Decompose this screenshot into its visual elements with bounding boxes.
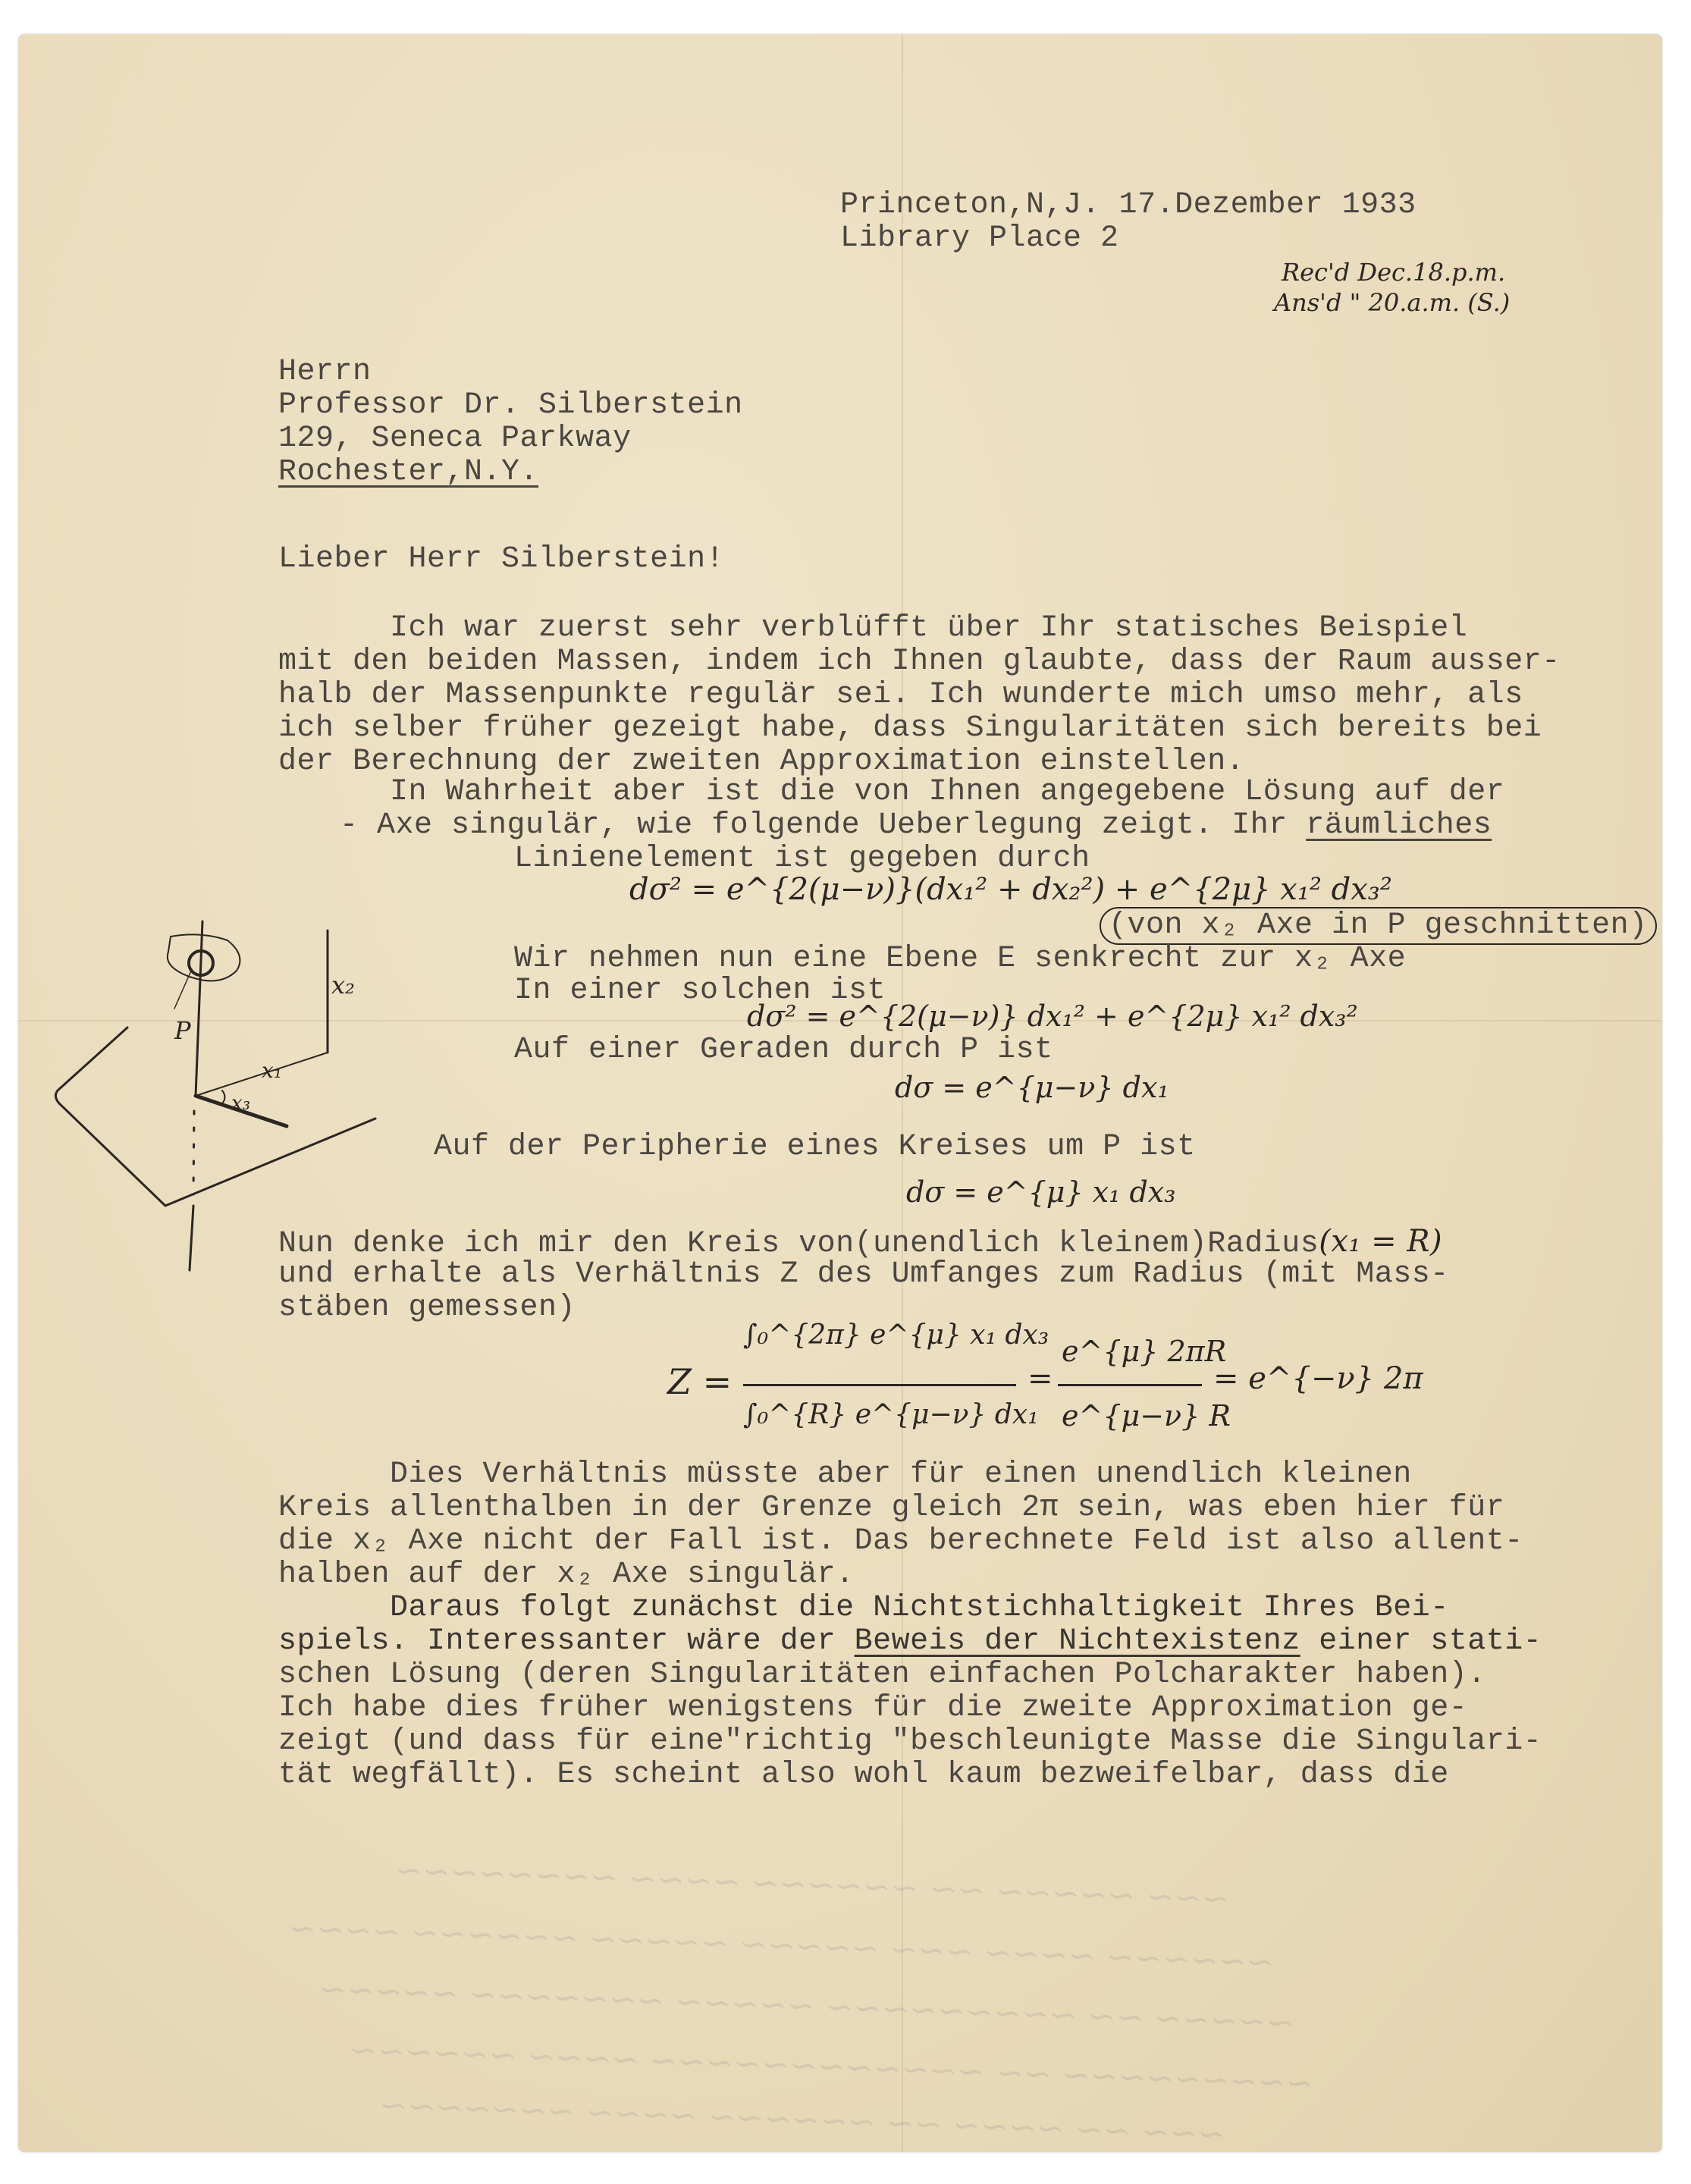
equation-plane: dσ² = e^{2(μ−ν)} dx₁² + e^{2μ} x₁² dx₃²: [747, 999, 1358, 1033]
equation-mid-denominator: e^{μ−ν} R: [1062, 1399, 1231, 1432]
paragraph-5-line: spiels. Interessanter wäre der Beweis de…: [278, 1624, 1542, 1659]
recipient-line-2: Professor Dr. Silberstein: [278, 388, 743, 423]
underlined-phrase: Beweis der Nichtexistenz: [855, 1624, 1300, 1658]
handwritten-radius: (x₁ = R): [1319, 1224, 1442, 1259]
paragraph-2-line: Auf einer Geraden durch P ist: [514, 1033, 1053, 1068]
place-date: Princeton,N,J. 17.Dezember 1933: [840, 188, 1416, 223]
paragraph-4-line: halben auf der x₂ Axe singulär.: [278, 1558, 855, 1592]
received-note: Rec'd Dec.18.p.m.: [1282, 258, 1505, 287]
paragraph-3-line: und erhalte als Verhältnis Z des Umfange…: [278, 1257, 1449, 1292]
equals-sign: =: [1027, 1361, 1053, 1396]
diagram-label-p: P: [174, 1016, 191, 1045]
paragraph-5-line: schen Lösung (deren Singularitäten einfa…: [278, 1658, 1486, 1693]
paragraph-5-line: zeigt (und dass für eine"richtig "beschl…: [278, 1724, 1542, 1759]
paragraph-4-line: Dies Verhältnis müsste aber für einen un…: [278, 1458, 1412, 1492]
equation-denominator: ∫₀^{R} e^{μ−ν} dx₁: [743, 1399, 1039, 1430]
handwritten-annotation: (von x₂ Axe in P geschnitten): [1100, 907, 1657, 945]
paragraph-2-text: - Axe singulär, wie folgende Ueberlegung…: [340, 808, 1306, 843]
recipient-line-1: Herrn: [278, 355, 372, 390]
paragraph-1-line: Ich war zuerst sehr verblüfft über Ihr s…: [278, 611, 1467, 646]
recipient-line-3: 129, Seneca Parkway: [278, 422, 632, 457]
recipient-line-4: Rochester,N.Y.: [278, 455, 538, 490]
diagram-label-x2: x₂: [331, 971, 355, 999]
paragraph-1-line: halb der Massenpunkte regulär sei. Ich w…: [278, 678, 1523, 713]
paragraph-1-line: ich selber früher gezeigt habe, dass Sin…: [278, 711, 1542, 746]
equation-lhs: Z =: [667, 1361, 732, 1402]
paragraph-3-line: Nun denke ich mir den Kreis von(unendlic…: [278, 1224, 1442, 1262]
underlined-word: räumliches: [1306, 808, 1492, 843]
paragraph-4-line: die x₂ Axe nicht der Fall ist. Das berec…: [278, 1524, 1523, 1559]
paragraph-5-line: Daraus folgt zunächst die Nichtstichhalt…: [278, 1591, 1449, 1626]
equation-circumference: dσ = e^{μ} x₁ dx₃: [906, 1175, 1175, 1209]
equation-result: = e^{−ν} 2π: [1213, 1361, 1423, 1396]
ratio-equation: Z = ∫₀^{2π} e^{μ} x₁ dx₃ ∫₀^{R} e^{μ−ν} …: [667, 1319, 1395, 1456]
paragraph-5-line: tät wegfällt). Es scheint also wohl kaum…: [278, 1758, 1449, 1793]
diagram-label-x1: x₁: [262, 1058, 282, 1083]
paragraph-5-line: Ich habe dies früher wenigstens für die …: [278, 1691, 1467, 1726]
paragraph-2-line: - Axe singulär, wie folgende Ueberlegung…: [340, 808, 1492, 843]
fraction-bar: [1058, 1384, 1202, 1386]
equation-mid-numerator: e^{μ} 2πR: [1062, 1335, 1226, 1368]
paragraph-1-line: mit den beiden Massen, indem ich Ihnen g…: [278, 645, 1561, 679]
equation-numerator: ∫₀^{2π} e^{μ} x₁ dx₃: [743, 1319, 1049, 1351]
paragraph-3-line: stäben gemessen): [278, 1291, 576, 1326]
paragraph-4-line: Kreis allenthalben in der Grenze gleich …: [278, 1491, 1504, 1526]
paragraph-2-line: Wir nehmen nun eine Ebene E senkrecht zu…: [514, 942, 1406, 977]
paragraph-2-line: Auf der Peripherie eines Kreises um P is…: [434, 1130, 1196, 1165]
diagram-label-x3: x₃: [231, 1092, 250, 1115]
salutation: Lieber Herr Silberstein!: [278, 542, 724, 577]
answered-note: Ans'd " 20.a.m. (S.): [1274, 288, 1510, 317]
equation-line-element: dσ² = e^{2(μ−ν)}(dx₁² + dx₂²) + e^{2μ} x…: [629, 872, 1392, 907]
paragraph-2-line: In Wahrheit aber ist die von Ihnen angeg…: [278, 775, 1504, 810]
paragraph-5-text: spiels. Interessanter wäre der: [278, 1624, 855, 1658]
paragraph-3-text: Nun denke ich mir den Kreis von(unendlic…: [278, 1227, 1319, 1261]
fraction-bar: [743, 1384, 1016, 1386]
paragraph-5-text: einer stati-: [1300, 1624, 1542, 1658]
equation-radial: dσ = e^{μ−ν} dx₁: [895, 1071, 1169, 1104]
sender-address: Library Place 2: [840, 221, 1119, 256]
